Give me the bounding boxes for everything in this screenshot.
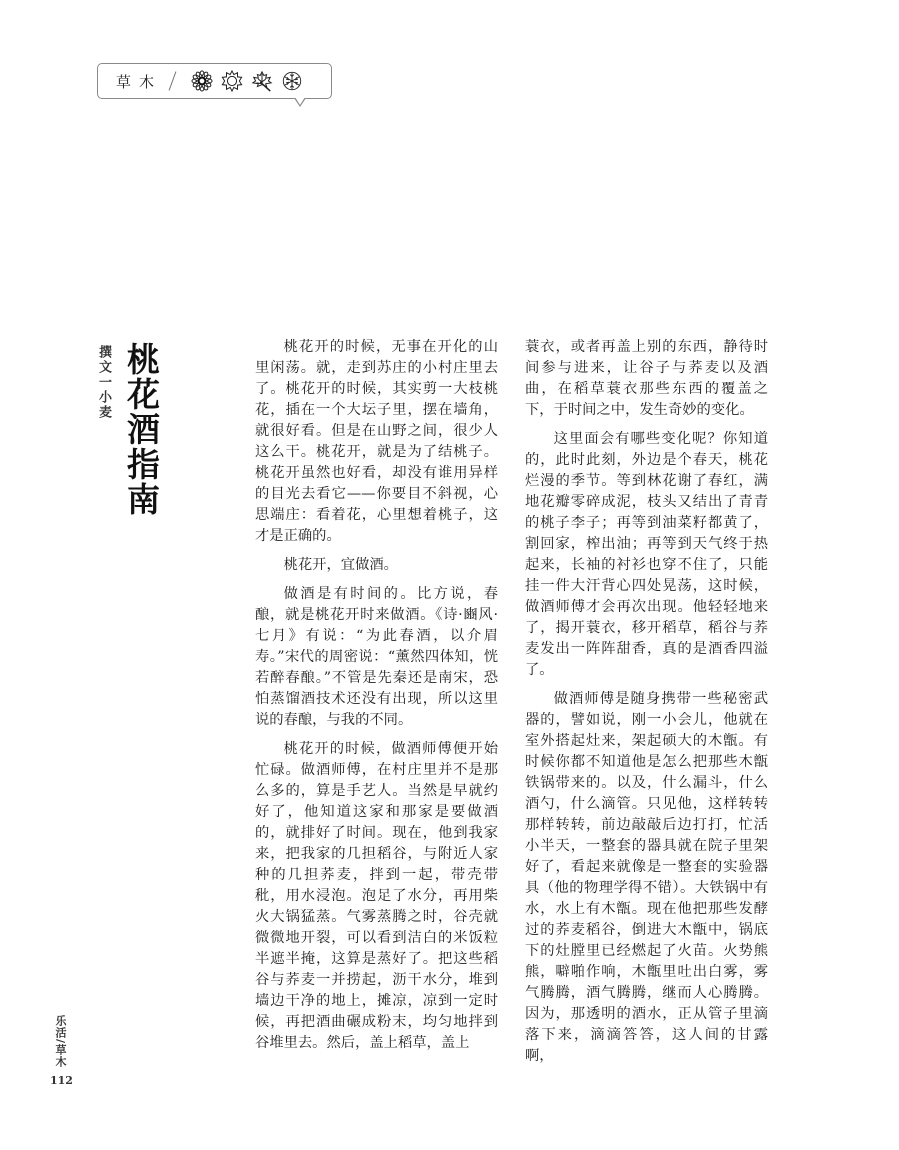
byline: 撰文一小麦 [94,345,113,420]
text-column-1: 桃花开的时候，无事在开化的山里闲荡。就，走到苏庄的小村庄里去了。桃花开的时候，其… [255,337,498,1062]
maple-leaf-icon [251,70,273,92]
section-tag: 草木 [97,63,332,99]
page-folio: 乐活/草木 112 [50,1015,70,1087]
running-section-name: 乐活/草木 [52,1015,68,1068]
text-column-2: 蓑衣，或者再盖上别的东西，静待时间参与进来，让谷子与荞麦以及酒曲，在稻草蓑衣那些… [525,337,768,1075]
section-label: 草木 [116,71,162,92]
article-title: 桃花酒指南 [124,342,160,517]
flower-icon [191,70,213,92]
paragraph: 这里面会有哪些变化呢？你知道的，此时此刻，外边是个春天，桃花烂漫的季节。等到林花… [525,429,768,681]
paragraph: 做酒师傅是随身携带一些秘密武器的，譬如说，刚一小会儿，他就在室外搭起灶来，架起硕… [525,689,768,1067]
page-number: 112 [50,1074,70,1087]
paragraph: 桃花开的时候，无事在开化的山里闲荡。就，走到苏庄的小村庄里去了。桃花开的时候，其… [255,337,498,547]
snowflake-icon [281,70,303,92]
paragraph-continued: 蓑衣，或者再盖上别的东西，静待时间参与进来，让谷子与荞麦以及酒曲，在稻草蓑衣那些… [525,337,768,421]
sun-icon [221,70,243,92]
paragraph: 桃花开，宜做酒。 [255,555,498,576]
paragraph: 桃花开的时候，做酒师傅便开始忙碌。做酒师傅，在村庄里并不是那么多的，算是手艺人。… [255,739,498,1054]
paragraph: 做酒是有时间的。比方说，春酿，就是桃花开时来做酒。《诗·豳风·七月》有说：“为此… [255,584,498,731]
tag-pointer [294,98,306,107]
season-icons [191,70,303,92]
separator-slash [169,71,177,90]
